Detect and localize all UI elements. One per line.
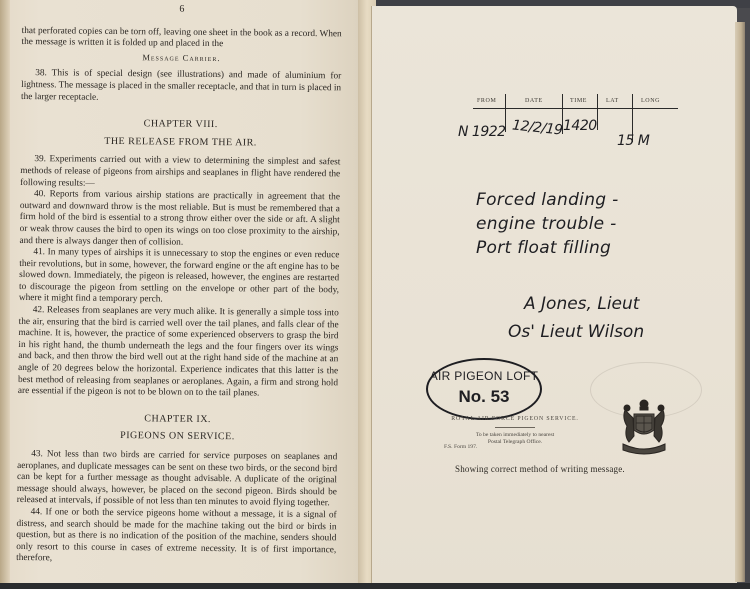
column-lat: LAT <box>606 98 619 104</box>
chapter-9-title: PIGEONS ON SERVICE. <box>17 429 337 444</box>
form-value-extra: 15 M <box>617 133 649 149</box>
column-date: DATE <box>525 98 543 104</box>
paragraph-42: 42. Releases from seaplanes are very muc… <box>18 305 339 401</box>
paragraph-44: 44. If one or both the service pigeons h… <box>16 507 337 568</box>
background-bottom <box>0 583 750 589</box>
signature-1: A Jones, Lieut <box>524 290 639 318</box>
paragraph-43: 43. Not less than two birds are carried … <box>17 449 338 510</box>
signature-2: Os' Lieut Wilson <box>508 318 644 346</box>
form-value-time: 1420 <box>563 118 597 134</box>
paragraph-38: 38. This is of special design (see illus… <box>21 68 341 106</box>
column-from: FROM <box>477 98 496 104</box>
paragraph-39: 39. Experiments carried out with a view … <box>20 154 340 192</box>
chapter-9-number: CHAPTER IX. <box>18 412 338 427</box>
form-divider <box>597 94 598 130</box>
instruction-line-1: To be taken immediately to nearest <box>440 432 590 439</box>
stamp-title: AIR PIGEON LOFT <box>428 369 540 383</box>
stamp-number: No. 53 <box>428 387 540 407</box>
chapter-8-title: THE RELEASE FROM THE AIR. <box>20 135 340 150</box>
left-page-text: 6 that perforated copies can be torn off… <box>16 2 342 568</box>
chapter-8-number: CHAPTER VIII. <box>21 117 341 132</box>
paragraph-40: 40. Reports from various airship station… <box>19 189 340 250</box>
left-page-edge <box>0 0 10 585</box>
form-number: F.S. Form 197. <box>444 444 477 450</box>
left-page: 6 that perforated copies can be torn off… <box>0 0 372 585</box>
message-line: engine trouble - <box>476 212 619 236</box>
right-page-edge <box>735 22 745 582</box>
handwritten-message: Forced landing - engine trouble - Port f… <box>476 188 619 260</box>
column-time: TIME <box>570 98 587 104</box>
section-heading-message-carrier: Message Carrier. <box>21 51 341 66</box>
form-header-rule <box>473 108 678 109</box>
form-footer: ROYAL AIR FORCE PIGEON SERVICE. To be ta… <box>440 416 590 446</box>
opening-text: that perforated copies can be torn off, … <box>22 26 342 53</box>
paragraph-41: 41. In many types of airships it is unne… <box>19 247 340 308</box>
gutter-line <box>371 6 372 586</box>
message-line: Port float filling <box>476 236 619 260</box>
raf-pigeon-service-label: ROYAL AIR FORCE PIGEON SERVICE. <box>440 416 590 422</box>
air-pigeon-loft-stamp: AIR PIGEON LOFT No. 53 <box>426 358 542 420</box>
page-number: 6 <box>22 2 342 17</box>
form-value-from: N 1922 <box>458 124 506 140</box>
royal-coat-of-arms-icon <box>619 396 669 456</box>
column-long: LONG <box>641 98 660 104</box>
figure-caption: Showing correct method of writing messag… <box>455 464 625 474</box>
message-line: Forced landing - <box>476 188 619 212</box>
footer-rule <box>495 427 535 428</box>
